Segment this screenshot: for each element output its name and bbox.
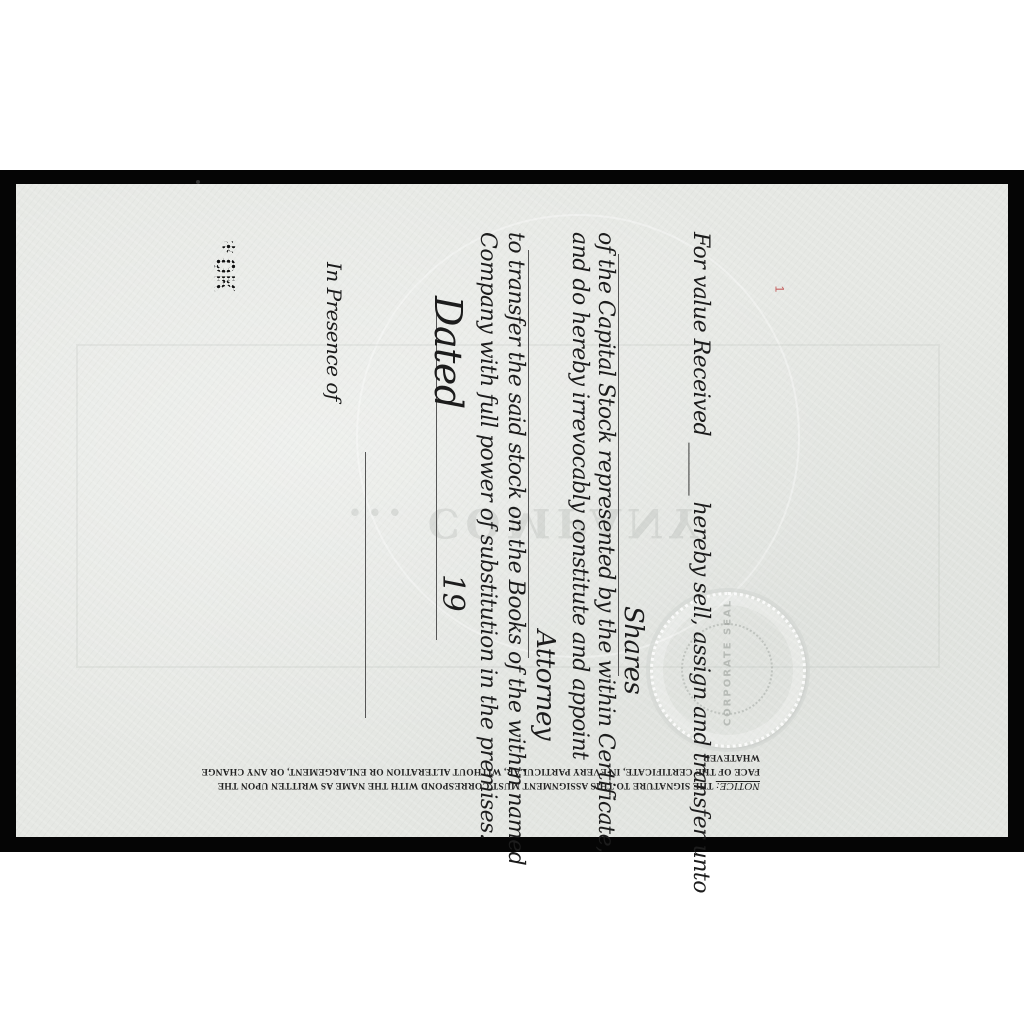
year-prefix: 19	[435, 574, 470, 611]
assignment-line-3: and do hereby irrevocably constitute and…	[567, 232, 592, 759]
notice-lead: Notice:	[716, 780, 760, 792]
red-serial-mark: 1	[772, 286, 786, 293]
attorney-fill-line	[528, 250, 529, 658]
attorney-label: Attorney	[530, 630, 560, 740]
perforated-cancel-mark: *OK	[201, 239, 241, 309]
ink-speck	[196, 180, 200, 184]
shares-label: Shares	[618, 606, 648, 694]
dated-label: Dated	[426, 296, 470, 409]
assignment-line-5: Company with full power of substitution …	[475, 232, 500, 839]
seal-text: CORPORATE SEAL	[723, 588, 734, 738]
witness-signature-line	[365, 452, 366, 718]
notice-text: The signature to this assignment must co…	[201, 752, 760, 790]
in-presence-of-label: In Presence of	[322, 262, 346, 401]
signature-notice: Notice: The signature to this assignment…	[200, 750, 760, 793]
embossed-seal: CORPORATE SEAL	[650, 592, 806, 748]
assignment-line-1: For value Received _____ hereby sell, as…	[688, 232, 713, 893]
